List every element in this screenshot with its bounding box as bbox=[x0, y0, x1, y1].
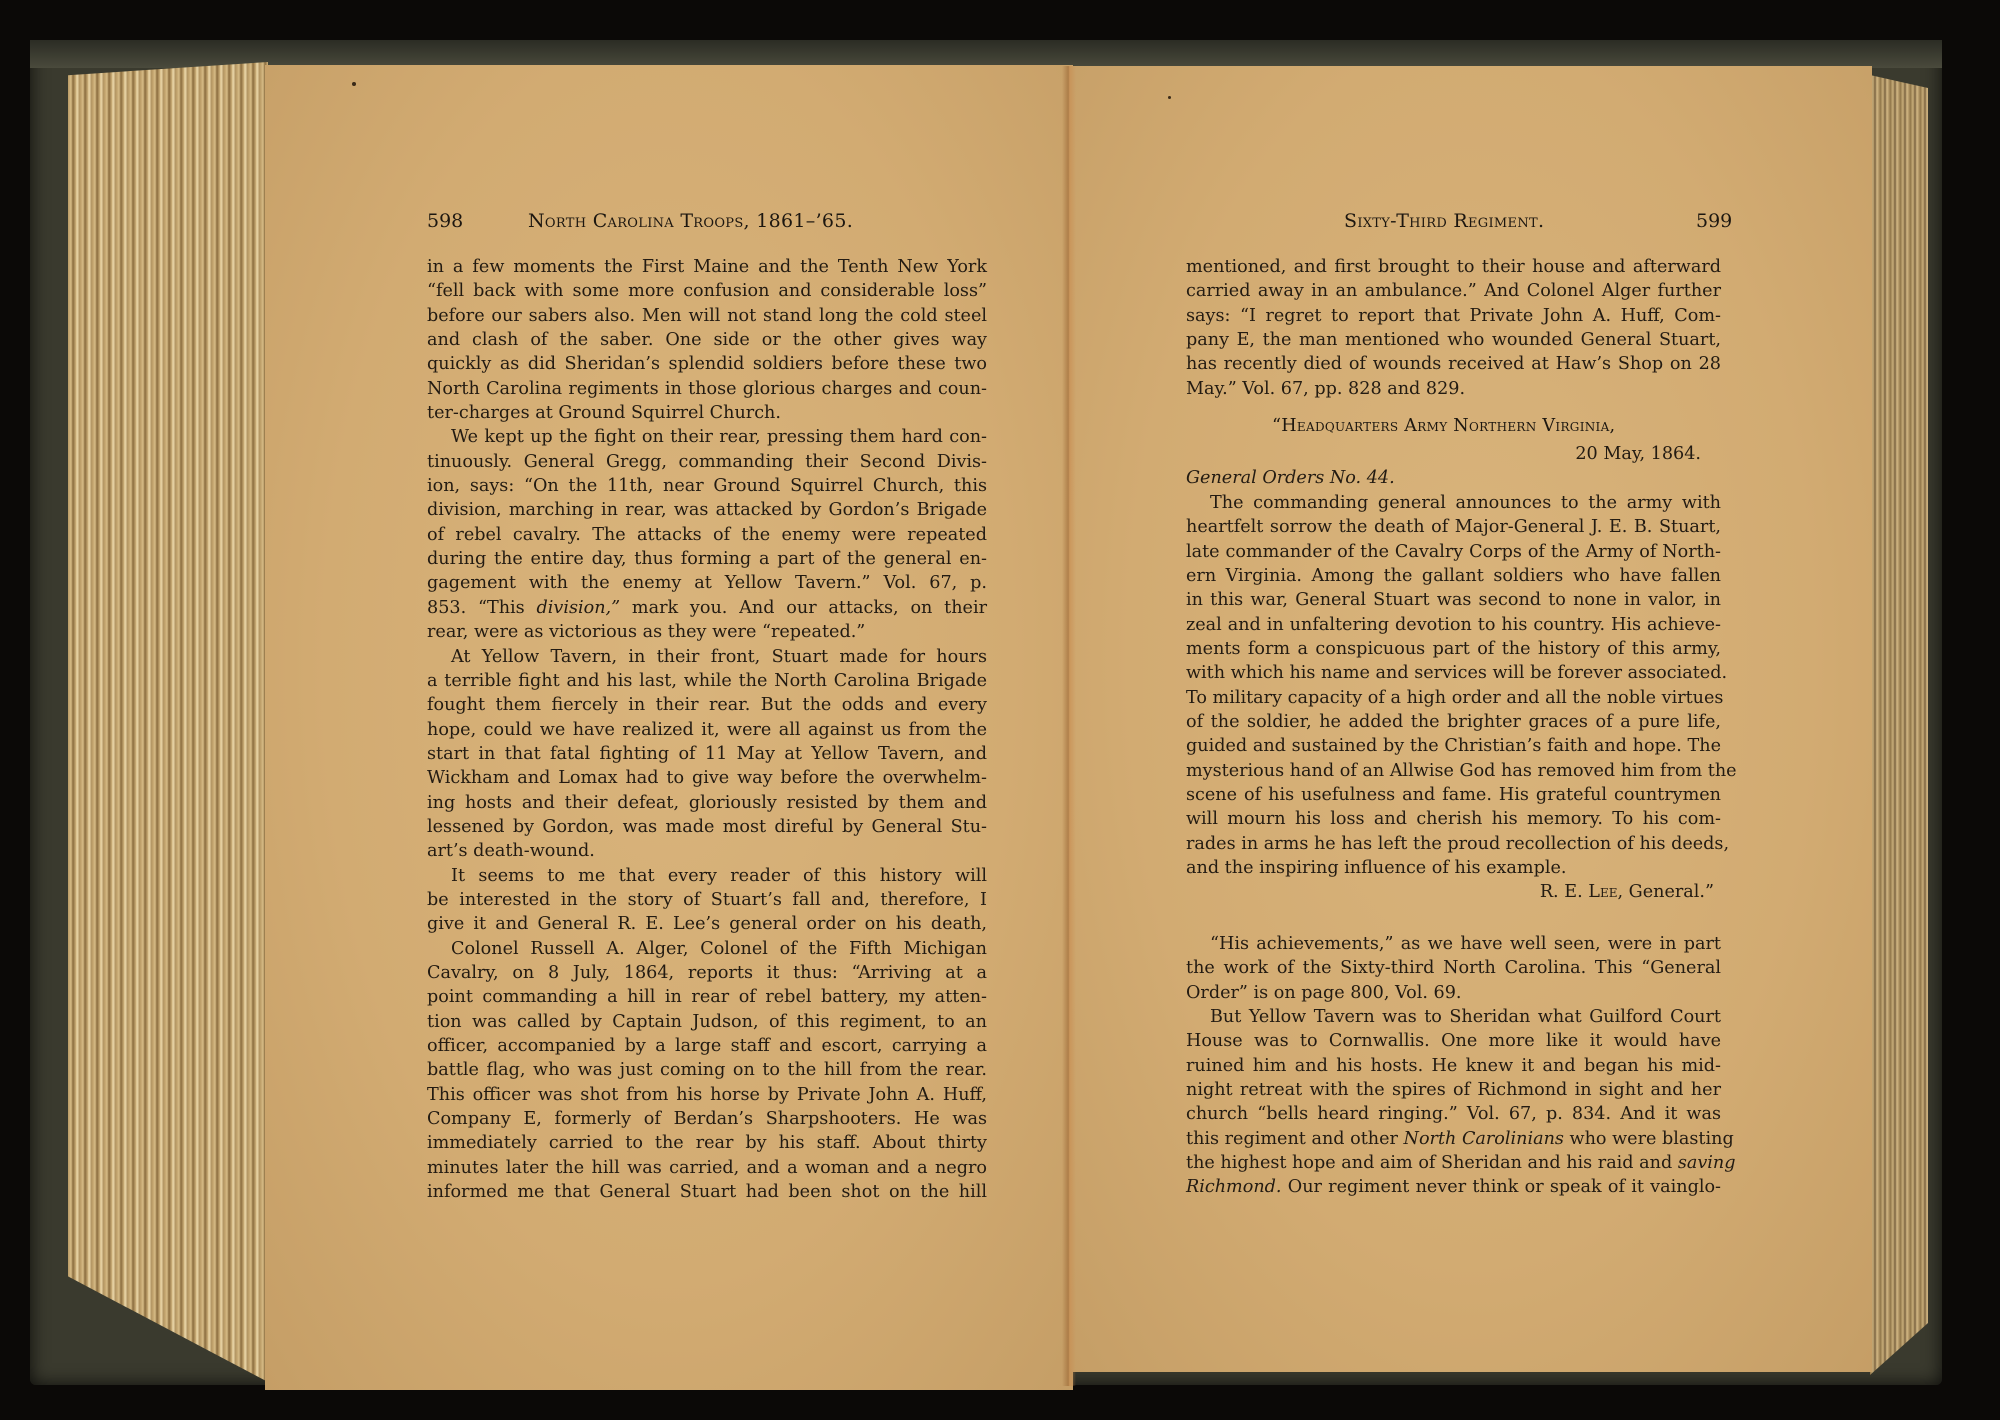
text-line: church “bells heard ringing.” Vol. 67, p… bbox=[1186, 1102, 1721, 1126]
left-page-number: 598 bbox=[427, 210, 463, 232]
text-line: The commanding general announces to the … bbox=[1186, 491, 1721, 515]
text-line: with which his name and services will be… bbox=[1186, 661, 1721, 685]
text-line: May.” Vol. 67, pp. 828 and 829. bbox=[1186, 377, 1721, 401]
right-page-stack bbox=[1870, 75, 1928, 1375]
text-line: minutes later the hill was carried, and … bbox=[427, 1156, 987, 1180]
text-line: tinuously. General Gregg, commanding the… bbox=[427, 450, 987, 474]
text-line: zeal and in unfaltering devotion to his … bbox=[1186, 613, 1721, 637]
text-line: Richmond. Our regiment never think or sp… bbox=[1186, 1175, 1721, 1199]
right-page-number: 599 bbox=[1696, 210, 1732, 232]
text-line: House was to Cornwallis. One more like i… bbox=[1186, 1029, 1721, 1053]
text-line: But Yellow Tavern was to Sheridan what G… bbox=[1186, 1005, 1721, 1029]
book-gutter bbox=[1062, 66, 1076, 1386]
paper-speck bbox=[1168, 96, 1171, 99]
text-line: “His achievements,” as we have well seen… bbox=[1186, 932, 1721, 956]
text-line: ruined him and his hosts. He knew it and… bbox=[1186, 1054, 1721, 1078]
text-line: mysterious hand of an Allwise God has re… bbox=[1186, 759, 1721, 783]
text-line: and the inspiring influence of his examp… bbox=[1186, 856, 1721, 880]
text-line: will mourn his loss and cherish his memo… bbox=[1186, 807, 1721, 831]
text-line: ing hosts and their defeat, gloriously r… bbox=[427, 791, 987, 815]
text-line: Order” is on page 800, Vol. 69. bbox=[1186, 981, 1721, 1005]
text-line: tion was called by Captain Judson, of th… bbox=[427, 1010, 987, 1034]
right-running-head: Sixty-Third Regiment. bbox=[1344, 210, 1544, 232]
book-spine-top bbox=[30, 40, 1942, 68]
text-line: division, marching in rear, was attacked… bbox=[427, 498, 987, 522]
text-line: Cavalry, on 8 July, 1864, reports it thu… bbox=[427, 961, 987, 985]
order-signature: R. E. Lee, General.” bbox=[1186, 880, 1714, 904]
text-line: To military capacity of a high order and… bbox=[1186, 686, 1721, 710]
text-line: art’s death-wound. bbox=[427, 839, 987, 863]
right-page-continuation: mentioned, and first brought to their ho… bbox=[1186, 255, 1721, 401]
order-number: General Orders No. 44. bbox=[1186, 466, 1721, 490]
text-line: informed me that General Stuart had been… bbox=[427, 1180, 987, 1204]
text-line: North Carolina regiments in those glorio… bbox=[427, 377, 987, 401]
text-line: We kept up the fight on their rear, pres… bbox=[427, 425, 987, 449]
text-line: ter-charges at Ground Squirrel Church. bbox=[427, 401, 987, 425]
text-line: says: “I regret to report that Private J… bbox=[1186, 304, 1721, 328]
text-line: scene of his usefulness and fame. His gr… bbox=[1186, 783, 1721, 807]
text-line: lessened by Gordon, was made most direfu… bbox=[427, 815, 987, 839]
text-line: the work of the Sixty-third North Caroli… bbox=[1186, 956, 1721, 980]
text-line: ern Virginia. Among the gallant soldiers… bbox=[1186, 564, 1721, 588]
text-line: heartfelt sorrow the death of Major-Gene… bbox=[1186, 515, 1721, 539]
text-line: rear, were as victorious as they were “r… bbox=[427, 620, 987, 644]
text-line: be interested in the story of Stuart’s f… bbox=[427, 888, 987, 912]
text-line: Company E, formerly of Berdan’s Sharpsho… bbox=[427, 1107, 987, 1131]
general-order-body: The commanding general announces to the … bbox=[1186, 491, 1721, 881]
text-line: 853. “This division,” mark you. And our … bbox=[427, 596, 987, 620]
left-page-stack bbox=[68, 62, 268, 1382]
text-line: ion, says: “On the 11th, near Ground Squ… bbox=[427, 474, 987, 498]
text-line: in this war, General Stuart was second t… bbox=[1186, 588, 1721, 612]
text-line: immediately carried to the rear by his s… bbox=[427, 1131, 987, 1155]
text-line: officer, accompanied by a large staff an… bbox=[427, 1034, 987, 1058]
text-line: fought them fiercely in their rear. But … bbox=[427, 693, 987, 717]
text-line: rades in arms he has left the proud reco… bbox=[1186, 832, 1721, 856]
text-line: point commanding a hill in rear of rebel… bbox=[427, 985, 987, 1009]
text-line: in a few moments the First Maine and the… bbox=[427, 255, 987, 279]
text-line: “fell back with some more confusion and … bbox=[427, 279, 987, 303]
text-line: night retreat with the spires of Richmon… bbox=[1186, 1078, 1721, 1102]
text-line: a terrible fight and his last, while the… bbox=[427, 669, 987, 693]
text-line: mentioned, and first brought to their ho… bbox=[1186, 255, 1721, 279]
text-line: guided and sustained by the Christian’s … bbox=[1186, 734, 1721, 758]
text-line: has recently died of wounds received at … bbox=[1186, 352, 1721, 376]
text-line: of rebel cavalry. The attacks of the ene… bbox=[427, 523, 987, 547]
paper-speck bbox=[352, 82, 356, 86]
text-line: start in that fatal fighting of 11 May a… bbox=[427, 742, 987, 766]
text-line: pany E, the man mentioned who wounded Ge… bbox=[1186, 328, 1721, 352]
left-running-head: North Carolina Troops, 1861–’65. bbox=[528, 210, 853, 232]
text-line: and clash of the saber. One side or the … bbox=[427, 328, 987, 352]
text-line: ments form a conspicuous part of the his… bbox=[1186, 637, 1721, 661]
text-line: battle flag, who was just coming on to t… bbox=[427, 1058, 987, 1082]
text-line: during the entire day, thus forming a pa… bbox=[427, 547, 987, 571]
text-line: This officer was shot from his horse by … bbox=[427, 1083, 987, 1107]
text-line: carried away in an ambulance.” And Colon… bbox=[1186, 279, 1721, 303]
text-line: Wickham and Lomax had to give way before… bbox=[427, 766, 987, 790]
text-line: the highest hope and aim of Sheridan and… bbox=[1186, 1151, 1721, 1175]
text-line: Colonel Russell A. Alger, Colonel of the… bbox=[427, 937, 987, 961]
text-line: It seems to me that every reader of this… bbox=[427, 864, 987, 888]
text-line: late commander of the Cavalry Corps of t… bbox=[1186, 540, 1721, 564]
text-line: of the soldier, he added the brighter gr… bbox=[1186, 710, 1721, 734]
text-line: gagement with the enemy at Yellow Tavern… bbox=[427, 571, 987, 595]
order-heading: “Headquarters Army Northern Virginia, bbox=[1272, 416, 1615, 436]
text-line: hope, could we have realized it, were al… bbox=[427, 718, 987, 742]
left-page-body: in a few moments the First Maine and the… bbox=[427, 255, 987, 1204]
text-line: quickly as did Sheridan’s splendid soldi… bbox=[427, 352, 987, 376]
order-date: 20 May, 1864. bbox=[1186, 442, 1701, 466]
text-line: give it and General R. E. Lee’s general … bbox=[427, 912, 987, 936]
text-line: before our sabers also. Men will not sta… bbox=[427, 304, 987, 328]
text-line: At Yellow Tavern, in their front, Stuart… bbox=[427, 645, 987, 669]
text-line: this regiment and other North Carolinian… bbox=[1186, 1127, 1721, 1151]
right-page-closing-text: “His achievements,” as we have well seen… bbox=[1186, 932, 1721, 1200]
